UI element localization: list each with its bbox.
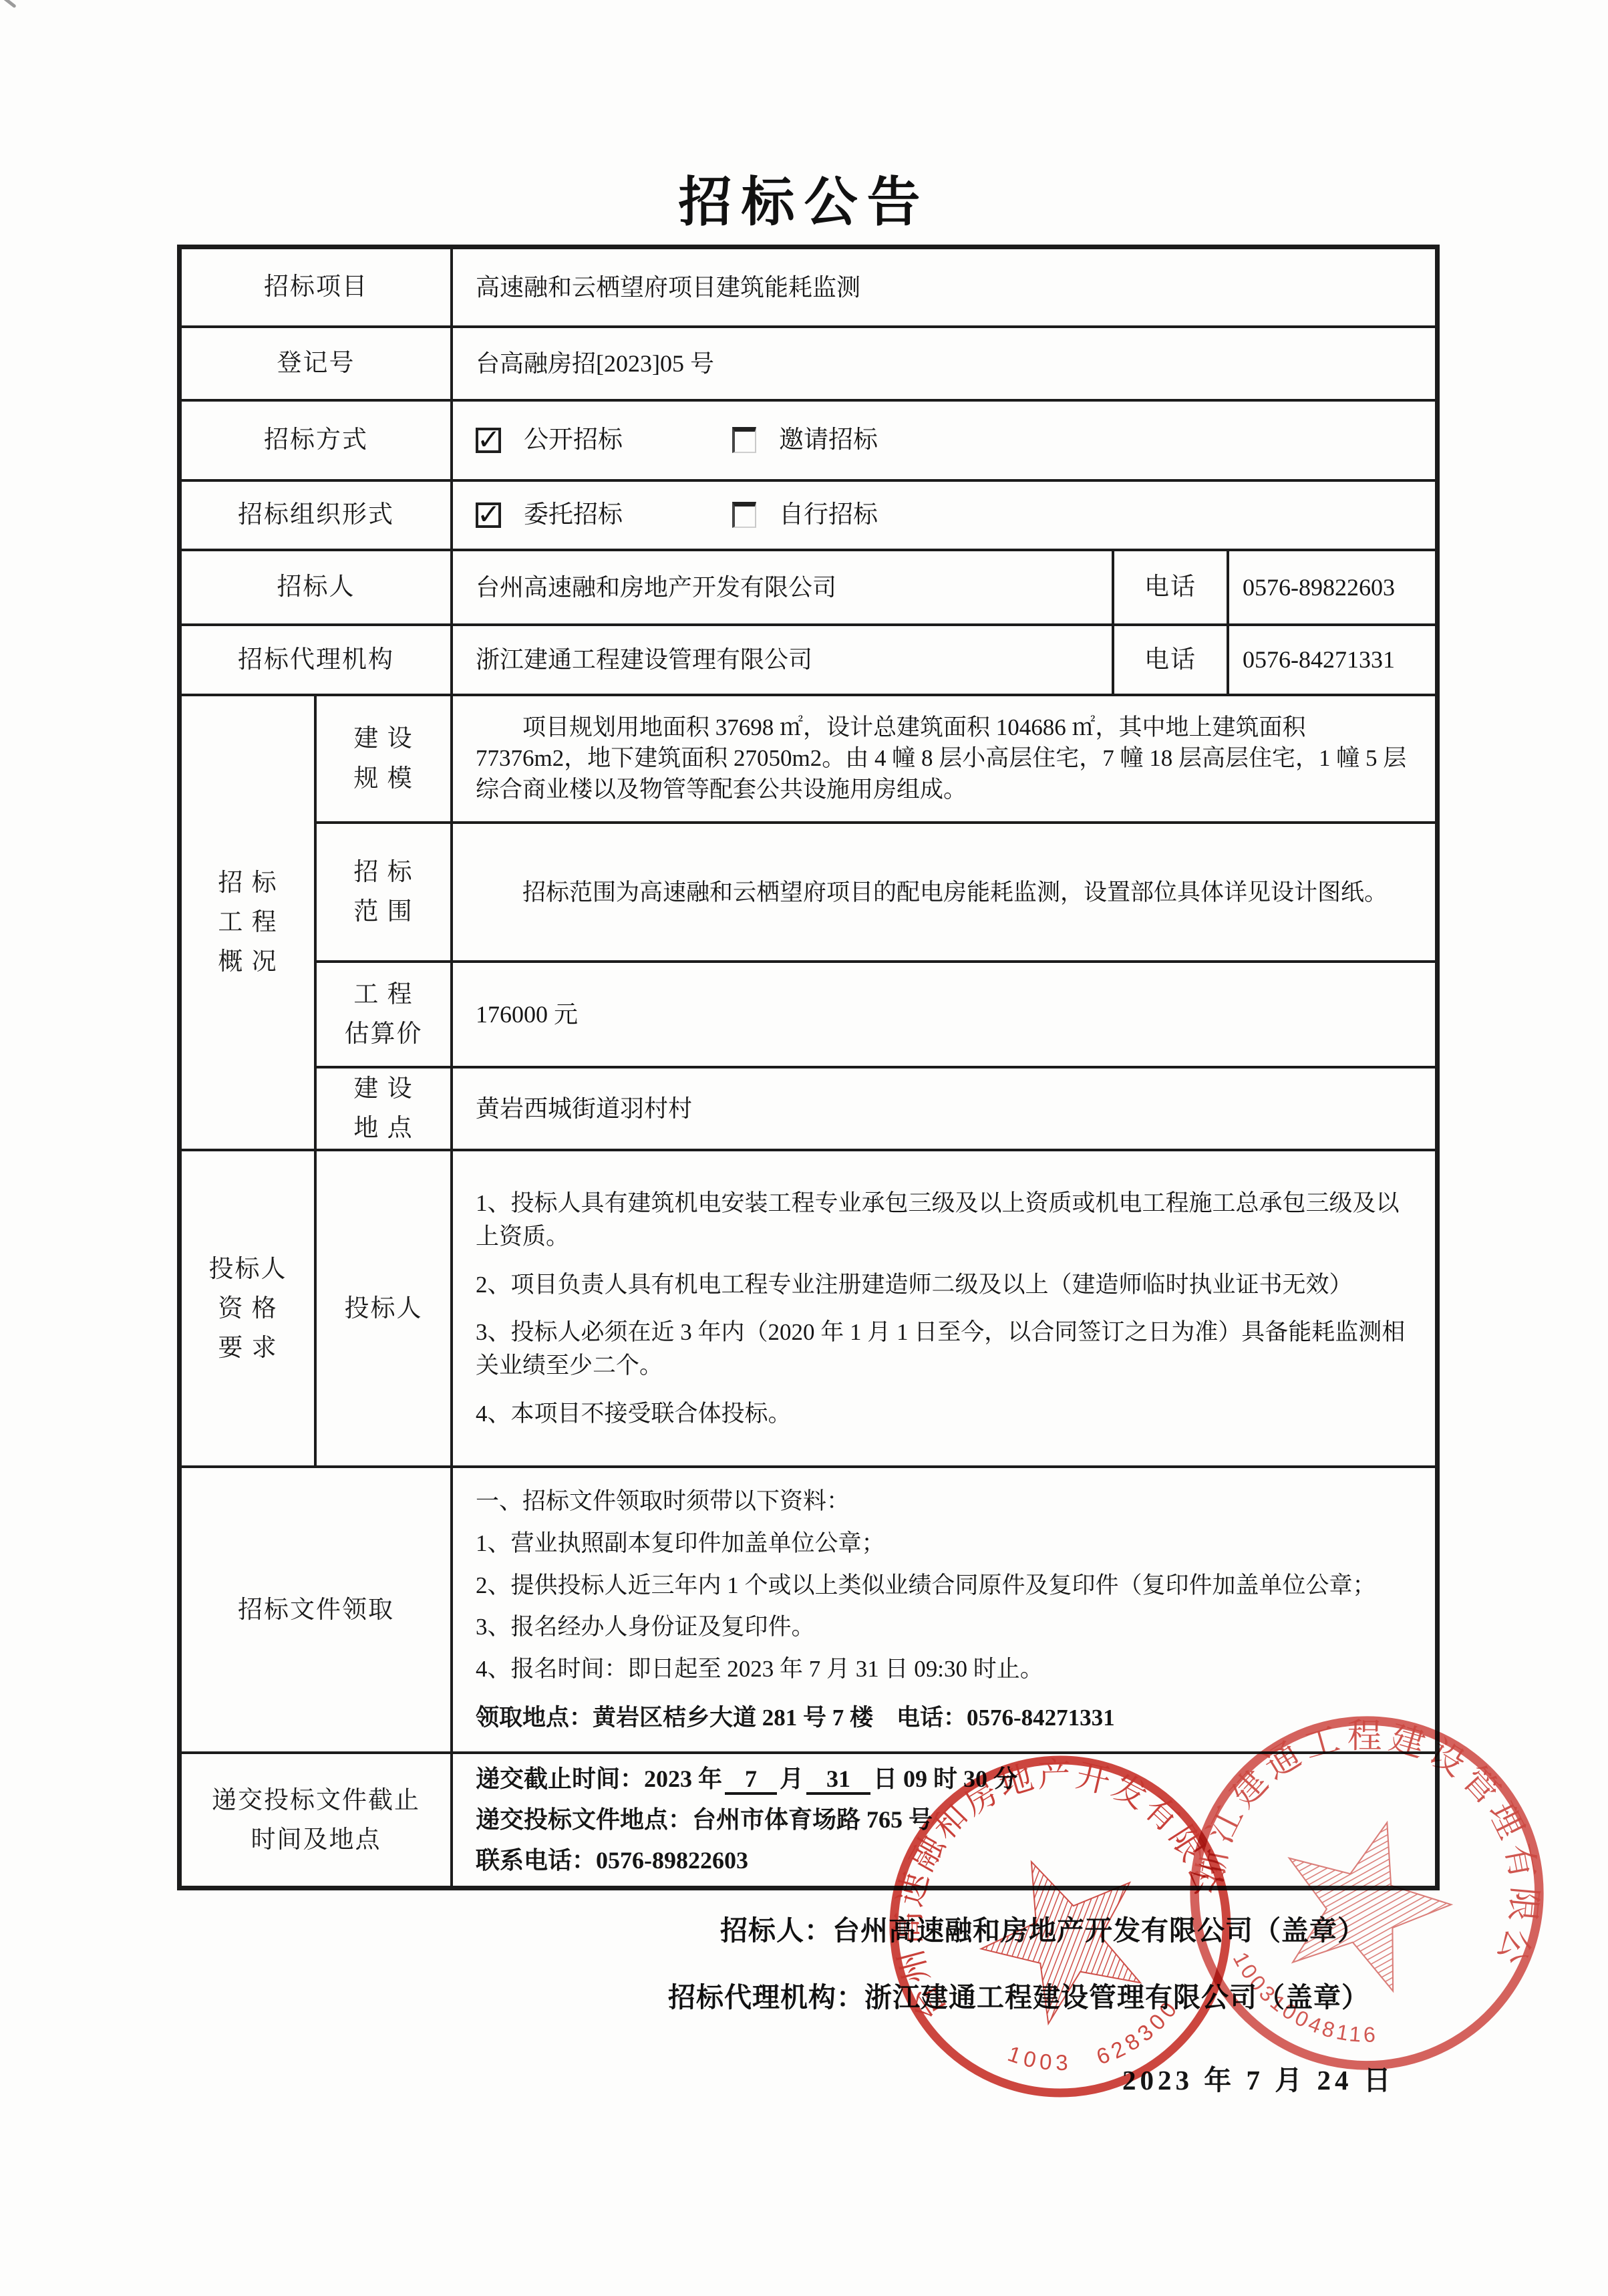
row-tender-method: 招标方式 ✓ 公开招标 邀请招标	[180, 400, 1436, 480]
option-invited-tender: 邀请招标	[779, 422, 878, 458]
deadline-label: 递交投标文件截止 时间及地点	[180, 1753, 452, 1887]
row-bidder-qualification: 投标人 资 格 要 求 投标人 1、投标人具有建筑机电安装工程专业承包三级及以上…	[180, 1150, 1436, 1467]
ink-smudge	[1, 0, 17, 8]
row-tender-scope: 招 标 范 围 招标范围为高速融和云栖望府项目的配电房能耗监测，设置部位具体详见…	[180, 823, 1436, 962]
row-construction-scale: 招 标 工 程 概 况 建 设 规 模 项目规划用地面积 37698 ㎡，设计总…	[180, 695, 1436, 823]
option-entrusted-tender: 委托招标	[524, 497, 623, 533]
row-tenderer: 招标人 台州高速融和房地产开发有限公司 电话 0576-89822603	[180, 550, 1436, 625]
project-value: 高速融和云栖望府项目建筑能耗监测	[452, 248, 1436, 327]
overview-label: 招 标 工 程 概 况	[180, 695, 315, 1150]
regno-label: 登记号	[180, 327, 452, 400]
qualification-item: 3、投标人必须在近 3 年内（2020 年 1 月 1 日至今，以合同签订之日为…	[476, 1316, 1418, 1382]
agency-phone: 0576-84271331	[1228, 625, 1436, 695]
row-organization-form: 招标组织形式 ✓ 委托招标 自行招标	[180, 480, 1436, 550]
unchecked-checkbox-icon	[732, 427, 756, 453]
qualification-item: 4、本项目不接受联合体投标。	[476, 1397, 1418, 1431]
location-value: 黄岩西城街道羽村村	[452, 1067, 1436, 1150]
checkmark-icon: ✓	[477, 494, 500, 535]
regno-value: 台高融房招[2023]05 号	[452, 327, 1436, 400]
scanned-document-page: 招标公告 招标项目 高速融和云栖望府项目建筑能耗监测 登记号 台高融房招[202…	[0, 0, 1608, 2296]
row-project: 招标项目 高速融和云栖望府项目建筑能耗监测	[180, 248, 1436, 327]
tender-notice-table: 招标项目 高速融和云栖望府项目建筑能耗监测 登记号 台高融房招[2023]05 …	[179, 247, 1438, 1888]
option-self-tender: 自行招标	[779, 497, 878, 533]
qualification-item: 2、项目负责人具有机电工程专业注册建造师二级及以上（建造师临时执业证书无效）	[476, 1268, 1418, 1302]
tenderer-label: 招标人	[180, 550, 452, 625]
estimate-value: 176000 元	[452, 962, 1436, 1067]
row-registration-no: 登记号 台高融房招[2023]05 号	[180, 327, 1436, 400]
scale-text: 项目规划用地面积 37698 ㎡，设计总建筑面积 104686 ㎡，其中地上建筑…	[476, 712, 1418, 805]
estimate-label: 工 程 估算价	[315, 962, 452, 1067]
collection-line: 3、报名经办人身份证及复印件。	[476, 1608, 1418, 1646]
unchecked-checkbox-icon	[732, 502, 756, 528]
collection-line: 一、招标文件领取时须带以下资料：	[476, 1483, 1418, 1521]
checked-checkbox-icon: ✓	[476, 503, 501, 528]
deadline-month-underlined: 7	[725, 1767, 777, 1795]
tenderer-value: 台州高速融和房地产开发有限公司	[452, 550, 1113, 625]
collection-label: 招标文件领取	[180, 1467, 452, 1753]
page-title: 招标公告	[0, 159, 1608, 236]
agency-label: 招标代理机构	[180, 625, 452, 695]
star-icon	[1262, 1800, 1468, 2000]
checkmark-icon: ✓	[477, 420, 500, 460]
project-label: 招标项目	[180, 248, 452, 327]
method-options: ✓ 公开招标 邀请招标	[476, 422, 1418, 458]
deadline-mid: 月	[780, 1765, 804, 1792]
row-agency: 招标代理机构 浙江建通工程建设管理有限公司 电话 0576-84271331	[180, 625, 1436, 695]
qualification-item: 1、投标人具有建筑机电安装工程专业承包三级及以上资质或机电工程施工总承包三级及以…	[476, 1187, 1418, 1253]
deadline-day-underlined: 31	[806, 1767, 870, 1795]
agency-phone-label: 电话	[1113, 625, 1228, 695]
row-construction-location: 建 设 地 点 黄岩西城街道羽村村	[180, 1067, 1436, 1150]
location-label: 建 设 地 点	[315, 1067, 452, 1150]
tenderer-phone-label: 电话	[1113, 550, 1228, 625]
qualification-sublabel: 投标人	[315, 1150, 452, 1467]
qualification-requirements: 1、投标人具有建筑机电安装工程专业承包三级及以上资质或机电工程施工总承包三级及以…	[453, 1177, 1435, 1439]
option-open-tender: 公开招标	[524, 422, 623, 458]
qualification-label: 投标人 资 格 要 求	[180, 1150, 315, 1467]
orgform-options: ✓ 委托招标 自行招标	[476, 497, 1418, 533]
scope-text: 招标范围为高速融和云栖望府项目的配电房能耗监测，设置部位具体详见设计图纸。	[476, 871, 1418, 913]
scale-label: 建 设 规 模	[315, 695, 452, 823]
collection-line: 1、营业执照副本复印件加盖单位公章；	[476, 1525, 1418, 1563]
orgform-label: 招标组织形式	[180, 480, 452, 550]
deadline-prefix: 递交截止时间：2023 年	[476, 1765, 722, 1792]
row-estimate-price: 工 程 估算价 176000 元	[180, 962, 1436, 1067]
tenderer-phone: 0576-89822603	[1228, 550, 1436, 625]
checked-checkbox-icon: ✓	[476, 428, 501, 453]
method-label: 招标方式	[180, 400, 452, 480]
scope-label: 招 标 范 围	[315, 823, 452, 962]
agency-value: 浙江建通工程建设管理有限公司	[452, 625, 1113, 695]
collection-line: 2、提供投标人近三年内 1 个或以上类似业绩合同原件及复印件（复印件加盖单位公章…	[476, 1567, 1418, 1605]
